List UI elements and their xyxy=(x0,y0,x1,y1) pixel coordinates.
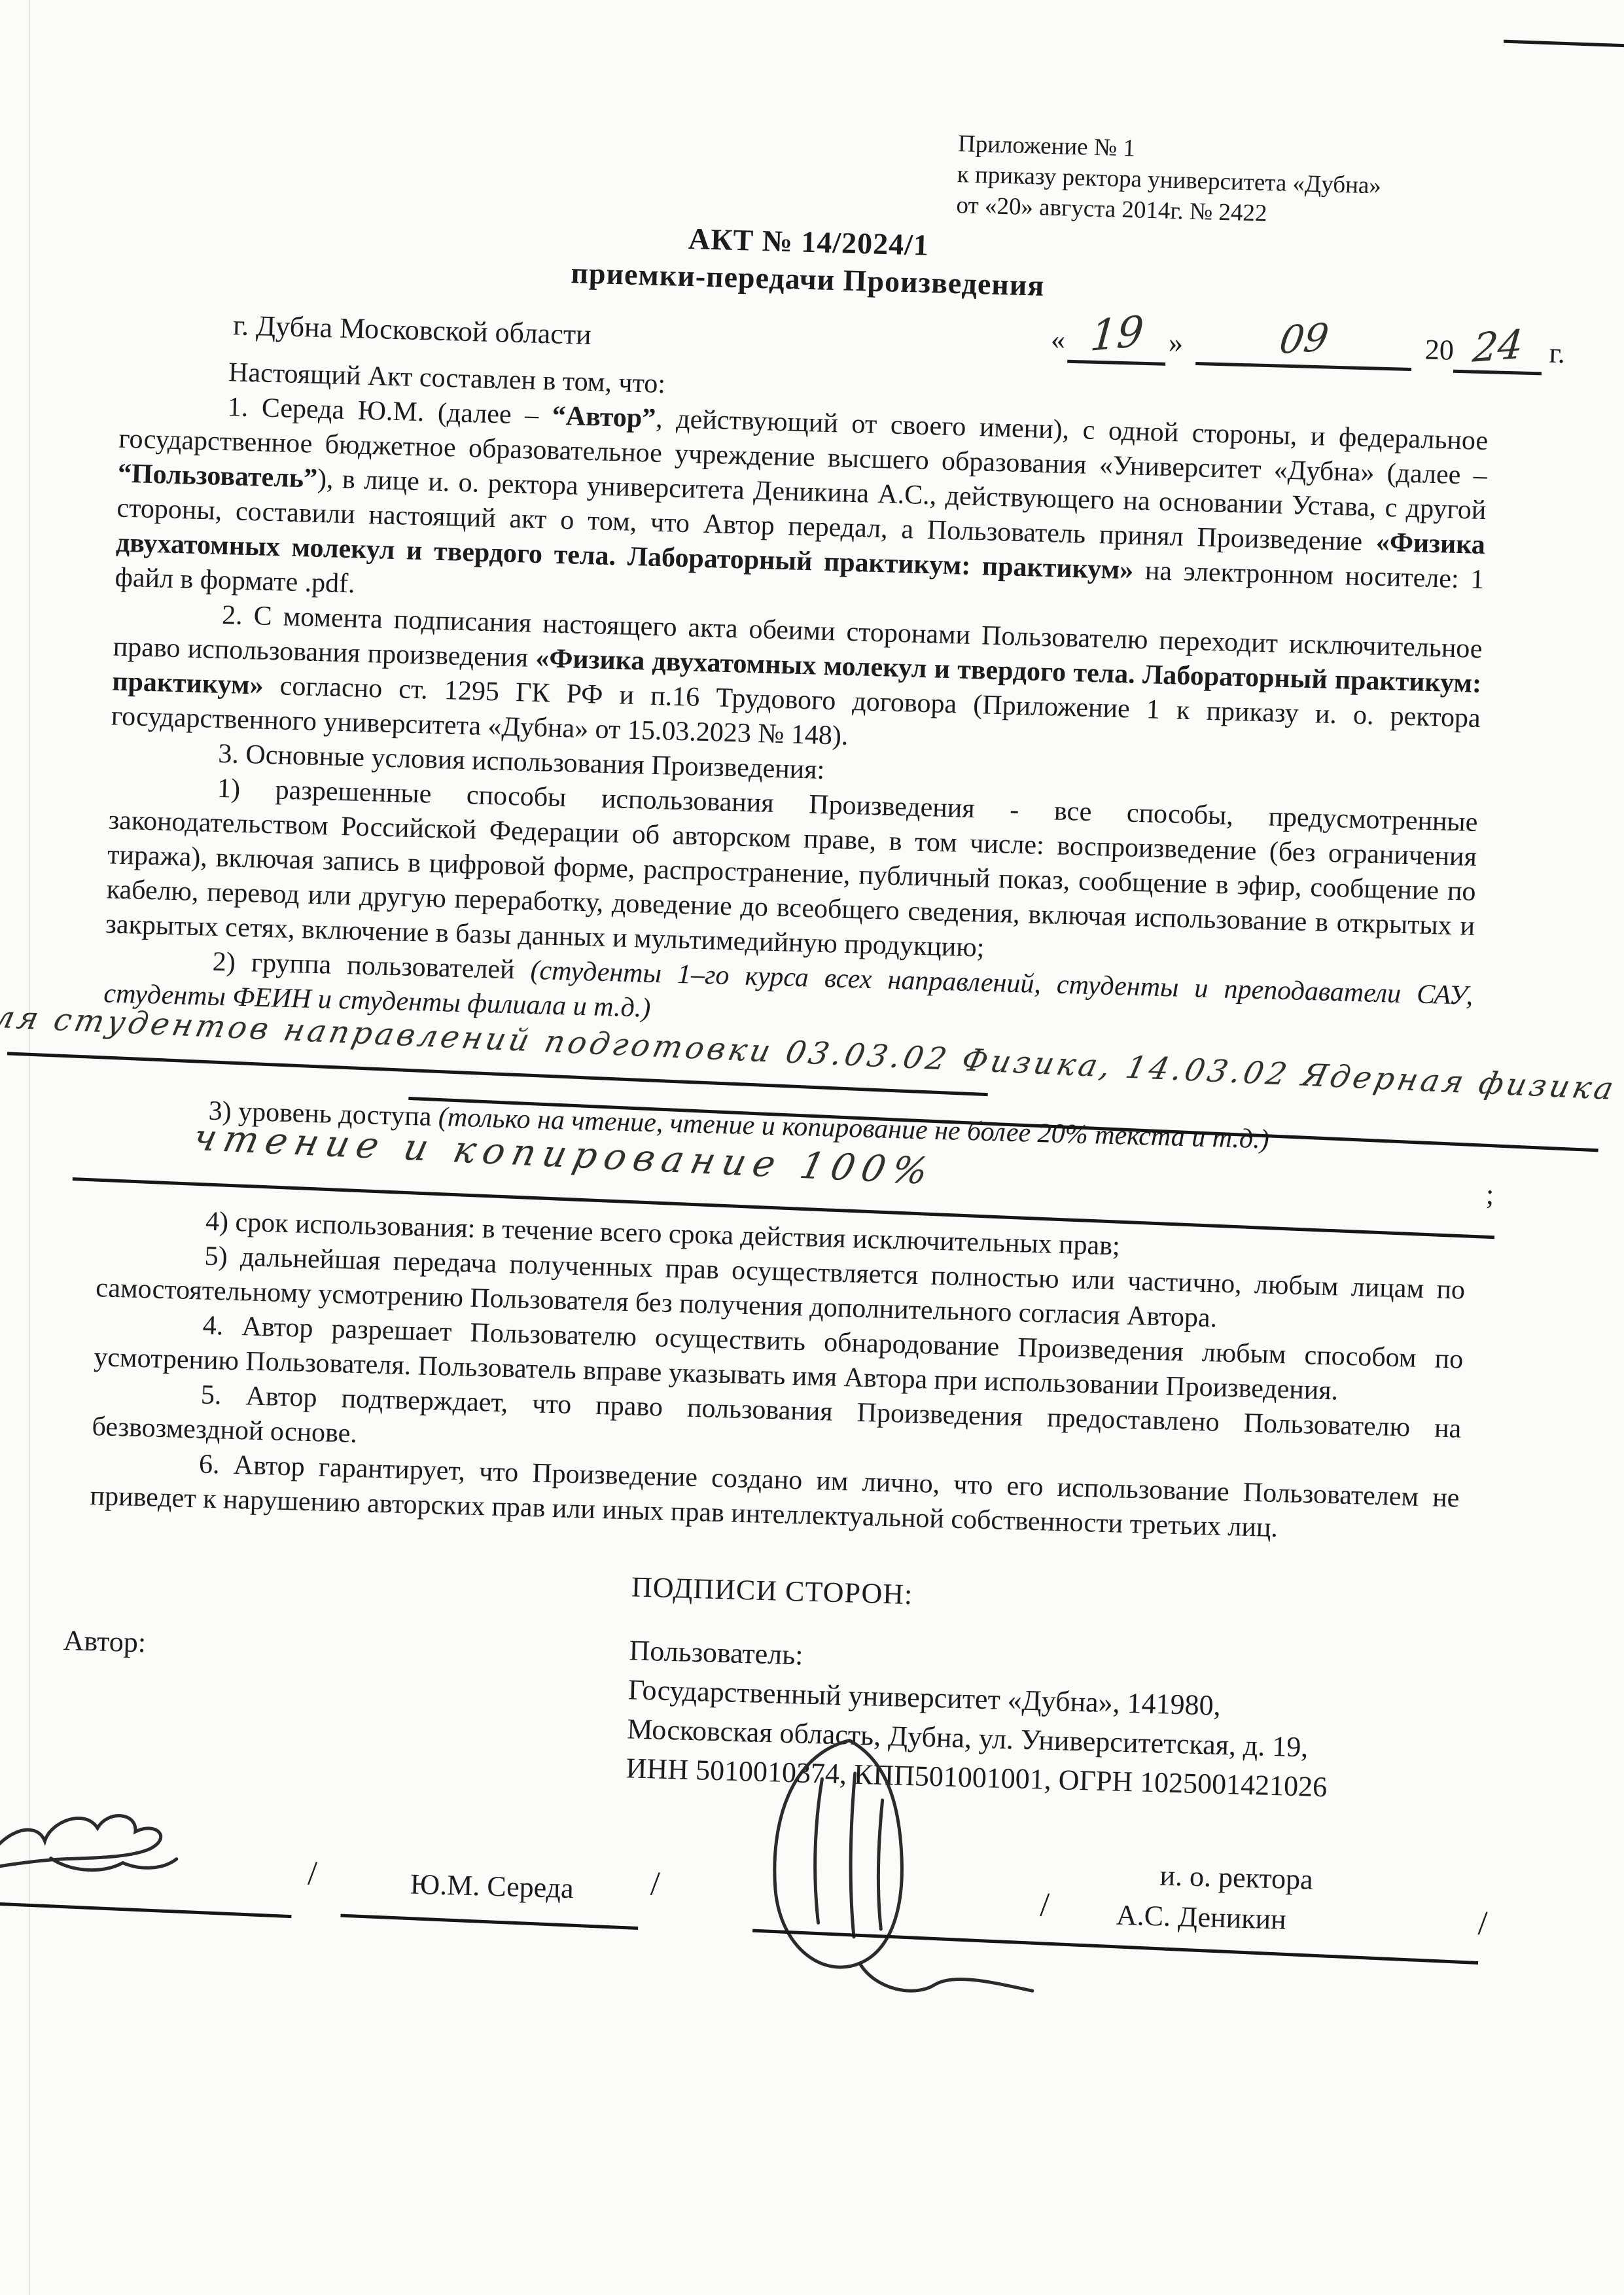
quote-close: » xyxy=(1168,327,1183,359)
date-field: «19»092024 г. xyxy=(1050,311,1566,376)
slash: / xyxy=(650,1864,660,1903)
item-2-text: 2) группа пользователей xyxy=(212,947,531,986)
rector-name: А.С. Деникин xyxy=(1116,1898,1286,1936)
author-term: “Автор” xyxy=(552,400,656,433)
author-signature xyxy=(0,1792,288,1918)
document-sheet: Приложение № 1 к приказу ректора универс… xyxy=(0,0,1624,2048)
month-blank: 09 xyxy=(1195,317,1413,371)
user-term: “Пользователь” xyxy=(117,459,317,494)
place-label: г. Дубна Московской области xyxy=(233,309,592,351)
day-blank: 19 xyxy=(1067,311,1167,366)
rector-title: и. о. ректора xyxy=(1159,1859,1313,1896)
year-blank: 24 xyxy=(1453,324,1543,376)
appendix-note: Приложение № 1 к приказу ректора универс… xyxy=(956,128,1502,235)
slash: / xyxy=(1040,1885,1050,1924)
slash: / xyxy=(307,1854,317,1893)
trailing-semicolon: ; xyxy=(1485,1178,1494,1211)
year-prefix: 20 xyxy=(1424,334,1454,366)
slash: / xyxy=(1477,1904,1488,1943)
signature-row: / Ю.М. Середа / и. о. ректора / А.С. Ден… xyxy=(77,1811,1450,2044)
clause-1-text: 1. Середа Ю.М. (далее – xyxy=(227,392,552,431)
handwritten-year: 24 xyxy=(1471,321,1525,372)
author-label: Автор: xyxy=(63,1624,147,1659)
clause-1-paragraph: 1. Середа Ю.М. (далее – “Автор”, действу… xyxy=(115,387,1489,632)
rector-signature xyxy=(714,1714,1089,2031)
signatures-heading: ПОДПИСИ СТОРОН: xyxy=(88,1556,1457,1626)
year-suffix: г. xyxy=(1542,336,1565,369)
scanned-act-document: Приложение № 1 к приказу ректора универс… xyxy=(0,0,1624,2295)
handwritten-month: 09 xyxy=(1277,315,1332,363)
quote-open: « xyxy=(1050,323,1065,356)
handwritten-day: 19 xyxy=(1089,307,1146,361)
author-name-line xyxy=(340,1914,638,1930)
author-name: Ю.М. Середа xyxy=(354,1866,629,1906)
